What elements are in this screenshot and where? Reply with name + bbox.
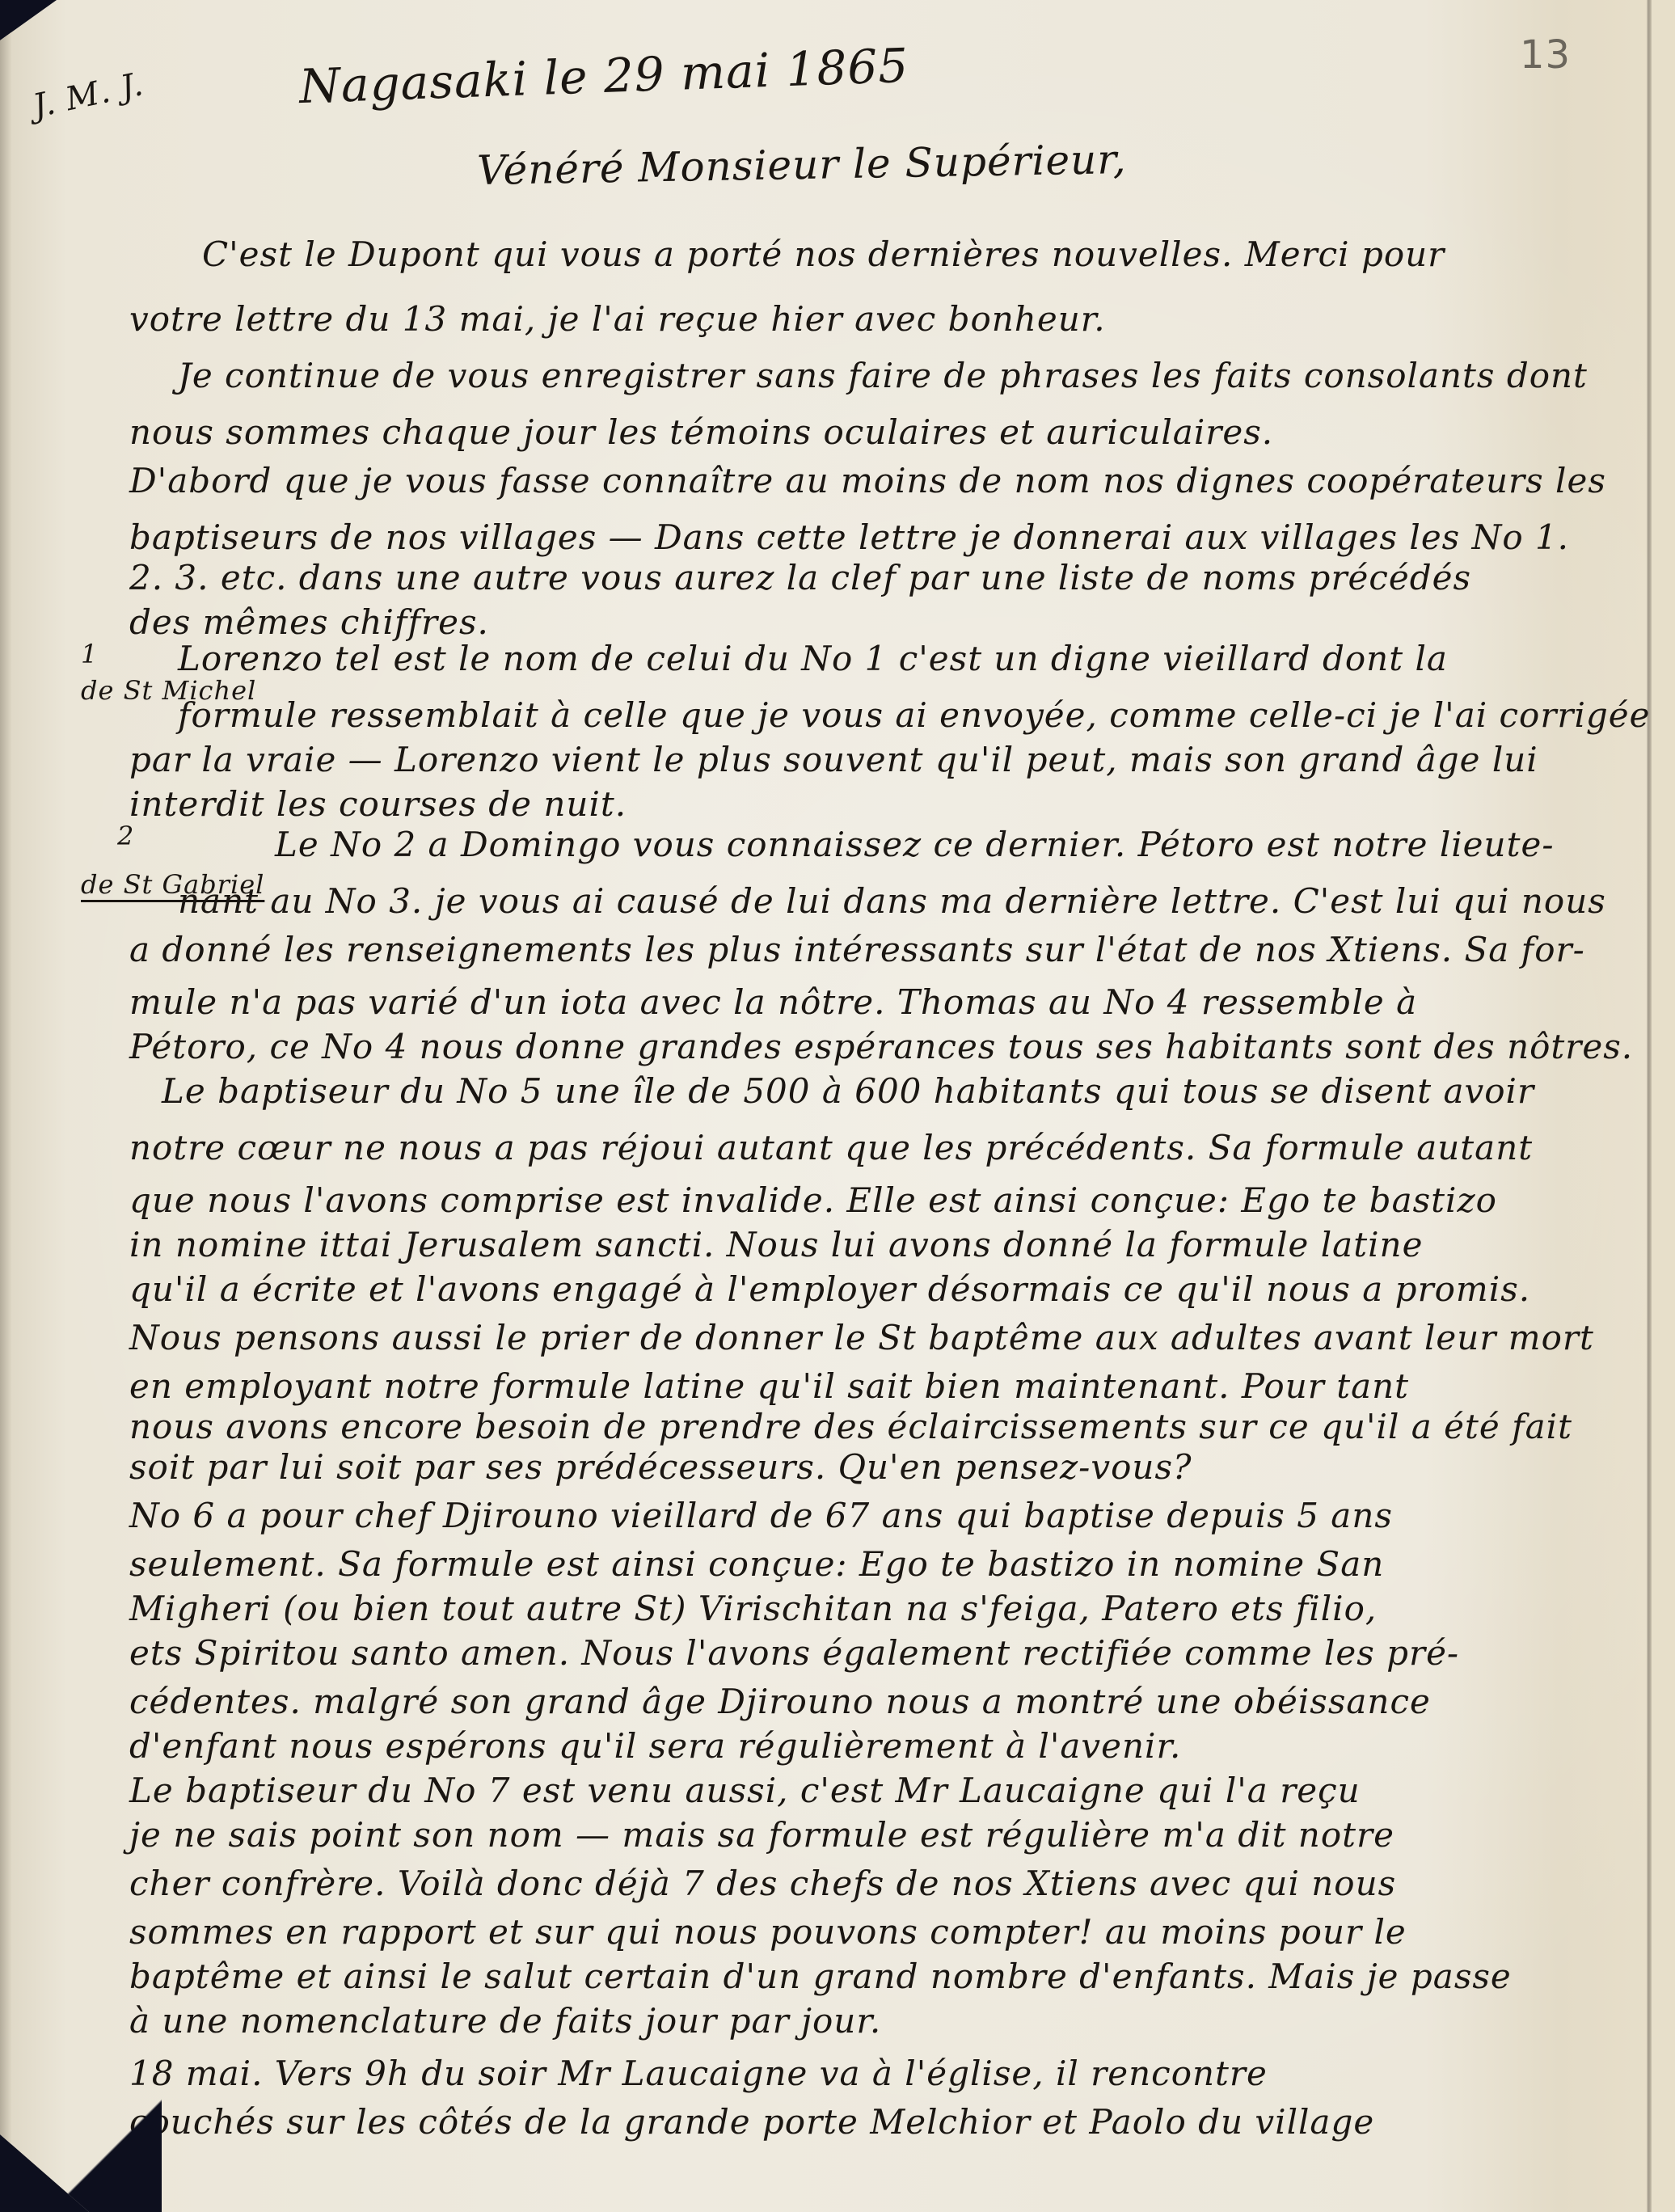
body-line-35: cher confrère. Voilà donc déjà 7 des che… <box>129 1864 1396 1903</box>
body-line-20: que nous l'avons comprise est invalide. … <box>129 1180 1497 1220</box>
body-line-8: des mêmes chiffres. <box>129 602 489 642</box>
body-line-16: mule n'a pas varié d'un iota avec la nôt… <box>129 982 1417 1022</box>
body-line-1: C'est le Dupont qui vous a porté nos der… <box>202 234 1445 274</box>
body-line-29: Migheri (ou bien tout autre St) Virischi… <box>129 1589 1377 1628</box>
body-line-17: Pétoro, ce No 4 nous donne grandes espér… <box>129 1027 1633 1066</box>
body-line-28: seulement. Sa formule est ainsi conçue: … <box>129 1544 1384 1584</box>
body-line-4: nous sommes chaque jour les témoins ocul… <box>129 412 1273 452</box>
body-line-25: nous avons encore besoin de prendre des … <box>129 1407 1572 1446</box>
body-line-23: Nous pensons aussi le prier de donner le… <box>129 1318 1594 1357</box>
body-line-18: Le baptiseur du No 5 une île de 500 à 60… <box>162 1071 1534 1111</box>
margin-note-number-2: 2 <box>117 821 134 851</box>
body-line-6: baptiseurs de nos villages — Dans cette … <box>129 517 1569 557</box>
body-line-22: qu'il a écrite et l'avons engagé à l'emp… <box>129 1269 1530 1309</box>
body-line-26: soit par lui soit par ses prédécesseurs.… <box>129 1447 1192 1487</box>
body-line-27: No 6 a pour chef Djirouno vieillard de 6… <box>129 1496 1393 1535</box>
body-line-11: par la vraie — Lorenzo vient le plus sou… <box>129 740 1538 779</box>
body-line-13: Le No 2 a Domingo vous connaissez ce der… <box>275 825 1555 864</box>
body-line-21: in nomine ittai Jerusalem sancti. Nous l… <box>129 1225 1423 1264</box>
manuscript-page: J. M. J. Nagasaki le 29 mai 1865 13 Véné… <box>0 0 1675 2212</box>
body-line-39: 18 mai. Vers 9h du soir Mr Laucaigne va … <box>129 2054 1268 2093</box>
body-line-33: Le baptiseur du No 7 est venu aussi, c'e… <box>129 1771 1361 1810</box>
body-line-15: a donné les renseignements les plus inté… <box>129 930 1585 969</box>
body-line-40: couchés sur les côtés de la grande porte… <box>129 2102 1374 2142</box>
body-line-36: sommes en rapport et sur qui nous pouvon… <box>129 1912 1407 1952</box>
body-line-38: à une nomenclature de faits jour par jou… <box>129 2001 881 2041</box>
body-line-2: votre lettre du 13 mai, je l'ai reçue hi… <box>129 299 1106 339</box>
body-line-7: 2. 3. etc. dans une autre vous aurez la … <box>129 558 1471 597</box>
body-line-30: ets Spiritou santo amen. Nous l'avons ég… <box>129 1633 1459 1673</box>
body-line-31: cédentes. malgré son grand âge Djirouno … <box>129 1682 1431 1721</box>
body-line-3: Je continue de vous enregistrer sans fai… <box>178 356 1588 395</box>
margin-note-number-1: 1 <box>81 639 98 669</box>
body-line-34: je ne sais point son nom — mais sa formu… <box>129 1815 1394 1855</box>
body-line-9: Lorenzo tel est le nom de celui du No 1 … <box>178 639 1448 678</box>
body-line-5: D'abord que je vous fasse connaître au m… <box>129 461 1606 500</box>
body-line-19: notre cœur ne nous a pas réjoui autant q… <box>129 1128 1533 1167</box>
body-line-14: nant au No 3. je vous ai causé de lui da… <box>178 881 1606 921</box>
body-line-24: en employant notre formule latine qu'il … <box>129 1366 1409 1406</box>
body-line-12: interdit les courses de nuit. <box>129 784 627 824</box>
background-corner <box>0 2091 162 2212</box>
body-line-32: d'enfant nous espérons qu'il sera réguli… <box>129 1726 1181 1766</box>
body-line-37: baptême et ainsi le salut certain d'un g… <box>129 1957 1512 1996</box>
body-line-10: formule ressemblait à celle que je vous … <box>178 695 1651 735</box>
letter-body: C'est le Dupont qui vous a porté nos der… <box>0 0 1675 2212</box>
